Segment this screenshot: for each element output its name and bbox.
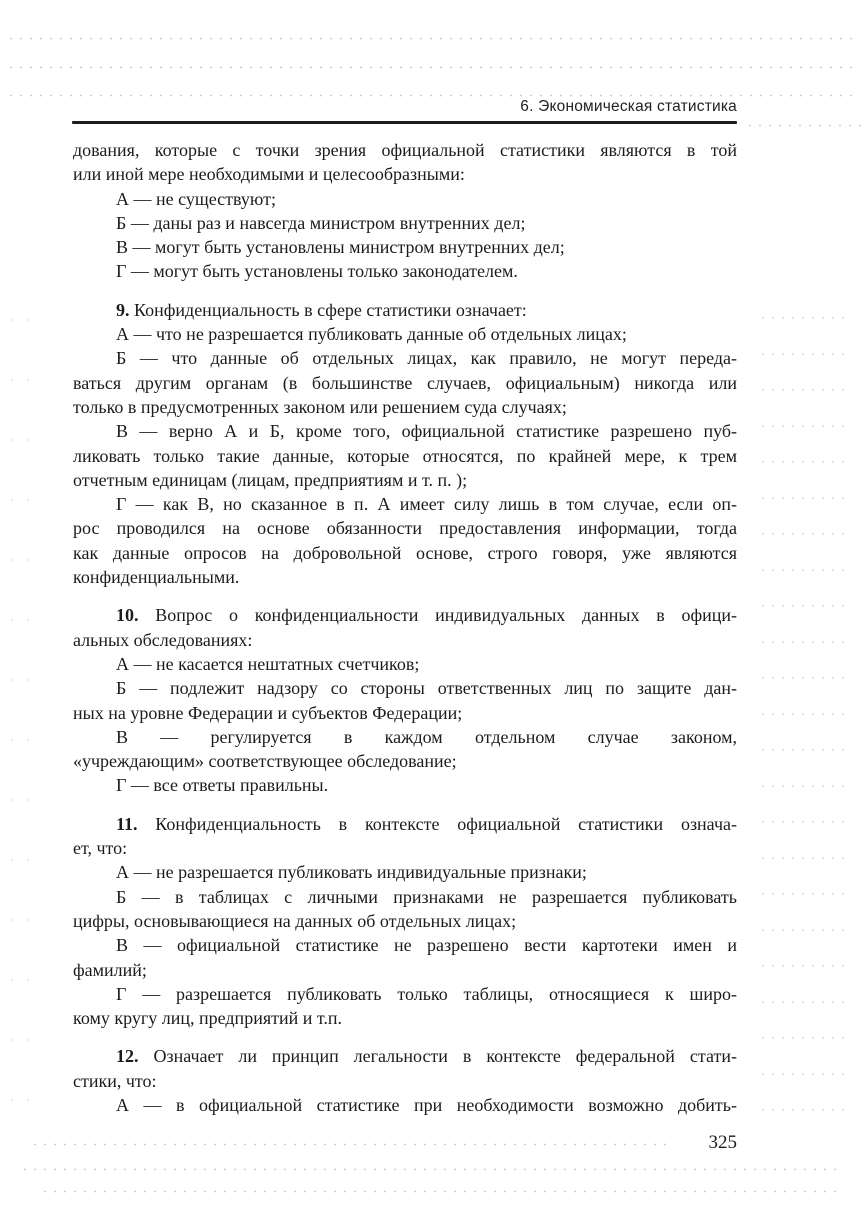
question-number: 10. [116,605,139,625]
question-number: 11. [116,814,138,834]
text-line: альных обследованиях: [73,628,737,652]
text-line: кому кругу лиц, предприятий и т.п. [73,1006,737,1030]
text-line: А — не касается нештатных счетчиков; [73,652,737,676]
question-text: Конфиденциальность в контексте официальн… [138,814,737,834]
text-line: как данные опросов на добровольной основ… [73,541,737,565]
scan-noise-row [40,1190,840,1193]
paragraph: А — в официальной статистике при необход… [73,1093,737,1117]
question-text: Означает ли принцип легальности в контек… [139,1046,738,1066]
text-line: В — могут быть установлены министром вну… [73,235,737,259]
text-line: В — верно А и Б, кроме того, официальной… [73,419,737,443]
scan-noise-row [6,94,860,97]
question-paragraph: 12. Означает ли принцип легальности в ко… [73,1044,737,1093]
paragraph: Б — даны раз и навсегда министром внутре… [73,211,737,235]
text-line: ликовать только такие данные, которые от… [73,444,737,468]
text-line: или иной мере необходимыми и целесообраз… [73,162,737,186]
header-rule [72,121,737,124]
paragraph: дования, которые с точки зрения официаль… [73,138,737,187]
paragraph: А — что не разрешается публиковать данны… [73,322,737,346]
text-line: ваться другим органам (в большинстве слу… [73,371,737,395]
paragraph: В — могут быть установлены министром вну… [73,235,737,259]
paragraph: А — не разрешается публиковать индивидуа… [73,860,737,884]
text-line: 9. Конфиденциальность в сфере статистики… [73,298,737,322]
text-line: 10. Вопрос о конфиденциальности индивиду… [73,603,737,627]
text-line: А — в официальной статистике при необход… [73,1093,737,1117]
paragraph: А — не касается нештатных счетчиков; [73,652,737,676]
text-line: «учреждающим» соответствующее обследован… [73,749,737,773]
scanned-book-page: 6. Экономическая статистика дования, кот… [0,0,867,1205]
paragraph: Б — что данные об отдельных лицах, как п… [73,346,737,419]
question-paragraph: 10. Вопрос о конфиденциальности индивиду… [73,603,737,652]
text-line: отчетным единицам (лицам, предприятиям и… [73,468,737,492]
text-line: В — регулируется в каждом отдельном случ… [73,725,737,749]
page-number: 325 [72,1132,737,1154]
question-text: Конфиденциальность в сфере статистики оз… [130,300,527,320]
scan-noise-row [745,124,862,127]
paragraph: Г — все ответы правильны. [73,773,737,797]
scan-noise-row [20,1168,844,1171]
text-line: Г — все ответы правильны. [73,773,737,797]
text-line: цифры, основывающиеся на данных об отдел… [73,909,737,933]
text-line: А — не существуют; [73,187,737,211]
text-line: 12. Означает ли принцип легальности в ко… [73,1044,737,1068]
question-text: Вопрос о конфиденциальности индивидуальн… [139,605,738,625]
paragraph: Б — подлежит надзору со стороны ответств… [73,676,737,725]
running-header-title: 6. Экономическая статистика [72,98,737,116]
text-line: Г — могут быть установлены только законо… [73,259,737,283]
text-line: стики, что: [73,1069,737,1093]
paragraph: Б — в таблицах с личными признаками не р… [73,885,737,934]
scan-noise-row [6,66,860,69]
paragraph: А — не существуют; [73,187,737,211]
text-line: только в предусмотренных законом или реш… [73,395,737,419]
text-line: ет, что: [73,836,737,860]
scan-noise-margin-right [758,300,850,1130]
text-line: Б — в таблицах с личными признаками не р… [73,885,737,909]
text-line: Б — подлежит надзору со стороны ответств… [73,676,737,700]
question-paragraph: 11. Конфиденциальность в контексте офици… [73,812,737,861]
text-line: А — не разрешается публиковать индивидуа… [73,860,737,884]
question-number: 9. [116,300,130,320]
text-column: дования, которые с точки зрения официаль… [73,138,737,1117]
text-line: ных на уровне Федерации и субъектов Феде… [73,701,737,725]
paragraph: В — официальной статистике не разрешено … [73,933,737,982]
scan-noise-margin-left [4,290,38,1130]
text-line: конфиденциальными. [73,565,737,589]
text-line: А — что не разрешается публиковать данны… [73,322,737,346]
text-line: Г — как В, но сказанное в п. А имеет сил… [73,492,737,516]
question-number: 12. [116,1046,139,1066]
paragraph: Г — как В, но сказанное в п. А имеет сил… [73,492,737,589]
question-paragraph: 9. Конфиденциальность в сфере статистики… [73,298,737,322]
text-line: рос проводился на основе обязанности пре… [73,516,737,540]
text-line: Б — что данные об отдельных лицах, как п… [73,346,737,370]
paragraph: Г — разрешается публиковать только табли… [73,982,737,1031]
text-line: дования, которые с точки зрения официаль… [73,138,737,162]
paragraph: Г — могут быть установлены только законо… [73,259,737,283]
text-line: Б — даны раз и навсегда министром внутре… [73,211,737,235]
text-line: 11. Конфиденциальность в контексте офици… [73,812,737,836]
text-line: Г — разрешается публиковать только табли… [73,982,737,1006]
text-line: фамилий; [73,958,737,982]
scan-noise-row [6,37,860,40]
text-line: В — официальной статистике не разрешено … [73,933,737,957]
paragraph: В — регулируется в каждом отдельном случ… [73,725,737,774]
paragraph: В — верно А и Б, кроме того, официальной… [73,419,737,492]
